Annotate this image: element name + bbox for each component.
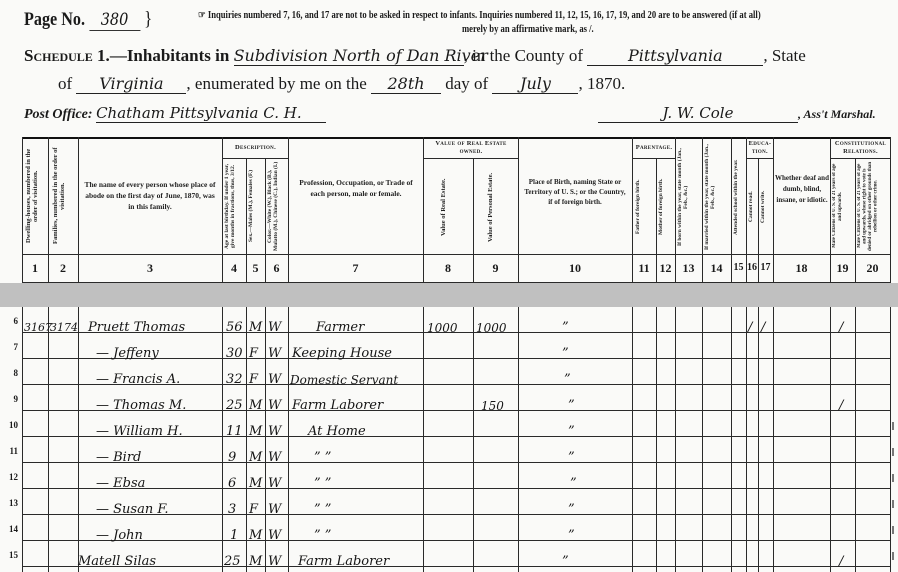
table-row: 13 — Susan F. 3 F W ” ” ”	[0, 498, 898, 524]
line-number: 6	[4, 316, 18, 326]
occupation: Keeping House	[292, 342, 392, 366]
table-row: 7 — Jeffeny 30 F W Keeping House ”	[0, 342, 898, 368]
table-row: 15 Matell Silas 25 M W Farm Laborer ” /	[0, 550, 898, 572]
age: 11	[226, 420, 243, 444]
color: W	[268, 498, 281, 522]
sex: F	[249, 342, 258, 366]
color: W	[268, 342, 281, 366]
person-name: — William H.	[96, 420, 183, 444]
sex: M	[249, 446, 262, 470]
occupation: At Home	[308, 420, 366, 444]
line-number: 14	[4, 524, 18, 534]
occupation: ” ”	[314, 472, 331, 496]
age: 1	[230, 524, 238, 548]
sex: M	[249, 316, 262, 340]
birthplace: ”	[568, 524, 575, 548]
line-number: 8	[4, 368, 18, 378]
birthplace: ”	[562, 342, 569, 366]
sex: M	[249, 420, 262, 444]
line-number: 10	[4, 420, 18, 430]
occupation: Farm Laborer	[298, 550, 389, 572]
color: W	[268, 550, 281, 572]
sex: F	[249, 498, 258, 522]
sex: F	[249, 368, 258, 392]
sex: M	[249, 524, 262, 548]
color: W	[268, 394, 281, 418]
personal-estate-value: 150	[481, 394, 504, 418]
birthplace: ”	[564, 368, 571, 392]
birthplace: ”	[562, 550, 569, 572]
real-estate-value: 1000	[427, 316, 458, 340]
table-row: 12 — Ebsa 6 M W ” ” ”	[0, 472, 898, 498]
margin-tick	[892, 474, 894, 482]
birthplace: ”	[570, 472, 577, 496]
birthplace: ”	[568, 498, 575, 522]
person-name: — John	[96, 524, 143, 548]
cannot-read-mark: /	[748, 316, 752, 340]
person-name: — Susan F.	[96, 498, 168, 522]
color: W	[268, 316, 281, 340]
table-row: 10 — William H. 11 M W At Home ”	[0, 420, 898, 446]
person-name: Pruett Thomas	[88, 316, 185, 340]
line-number: 9	[4, 394, 18, 404]
person-name: — Thomas M.	[96, 394, 186, 418]
dwelling-number: 3167	[24, 316, 52, 340]
occupation: ” ”	[314, 446, 331, 470]
sex: M	[249, 394, 262, 418]
occupation: Farmer	[316, 316, 364, 340]
birthplace: ”	[568, 394, 575, 418]
age: 3	[228, 498, 236, 522]
age: 9	[228, 446, 236, 470]
occupation: Domestic Servant	[290, 368, 398, 392]
census-rows: 6 3167 3174 Pruett Thomas 56 M W Farmer …	[0, 0, 898, 572]
birthplace: ”	[568, 446, 575, 470]
age: 32	[226, 368, 243, 392]
color: W	[268, 472, 281, 496]
line-number: 13	[4, 498, 18, 508]
sex: M	[249, 472, 262, 496]
color: W	[268, 420, 281, 444]
age: 30	[226, 342, 243, 366]
margin-tick	[892, 448, 894, 456]
margin-tick	[892, 422, 894, 430]
cannot-write-mark: /	[761, 316, 765, 340]
birthplace: ”	[568, 420, 575, 444]
line-number: 15	[4, 550, 18, 560]
margin-tick	[892, 500, 894, 508]
age: 56	[226, 316, 243, 340]
color: W	[268, 368, 281, 392]
line-number: 11	[4, 446, 18, 456]
age: 25	[224, 550, 241, 572]
table-row: 11 — Bird 9 M W ” ” ”	[0, 446, 898, 472]
color: W	[268, 446, 281, 470]
birthplace: ”	[562, 316, 569, 340]
sex: M	[249, 550, 262, 572]
occupation: Farm Laborer	[292, 394, 383, 418]
citizen-mark: /	[839, 550, 843, 572]
line-number: 7	[4, 342, 18, 352]
citizen-mark: /	[839, 394, 843, 418]
person-name: — Jeffeny	[96, 342, 159, 366]
person-name: Matell Silas	[78, 550, 156, 572]
color: W	[268, 524, 281, 548]
line-number: 12	[4, 472, 18, 482]
table-row: 14 — John 1 M W ” ” ”	[0, 524, 898, 550]
table-row: 9 — Thomas M. 25 M W Farm Laborer 150 ” …	[0, 394, 898, 420]
personal-estate-value: 1000	[476, 316, 507, 340]
table-row: 8 — Francis A. 32 F W Domestic Servant ”	[0, 368, 898, 394]
margin-tick	[892, 552, 894, 560]
person-name: — Francis A.	[96, 368, 180, 392]
table-row: 6 3167 3174 Pruett Thomas 56 M W Farmer …	[0, 316, 898, 342]
family-number: 3174	[50, 316, 78, 340]
occupation: ” ”	[314, 524, 331, 548]
person-name: — Bird	[96, 446, 141, 470]
age: 25	[226, 394, 243, 418]
occupation: ” ”	[314, 498, 331, 522]
margin-tick	[892, 526, 894, 534]
citizen-mark: /	[839, 316, 843, 340]
age: 6	[228, 472, 236, 496]
person-name: — Ebsa	[96, 472, 145, 496]
